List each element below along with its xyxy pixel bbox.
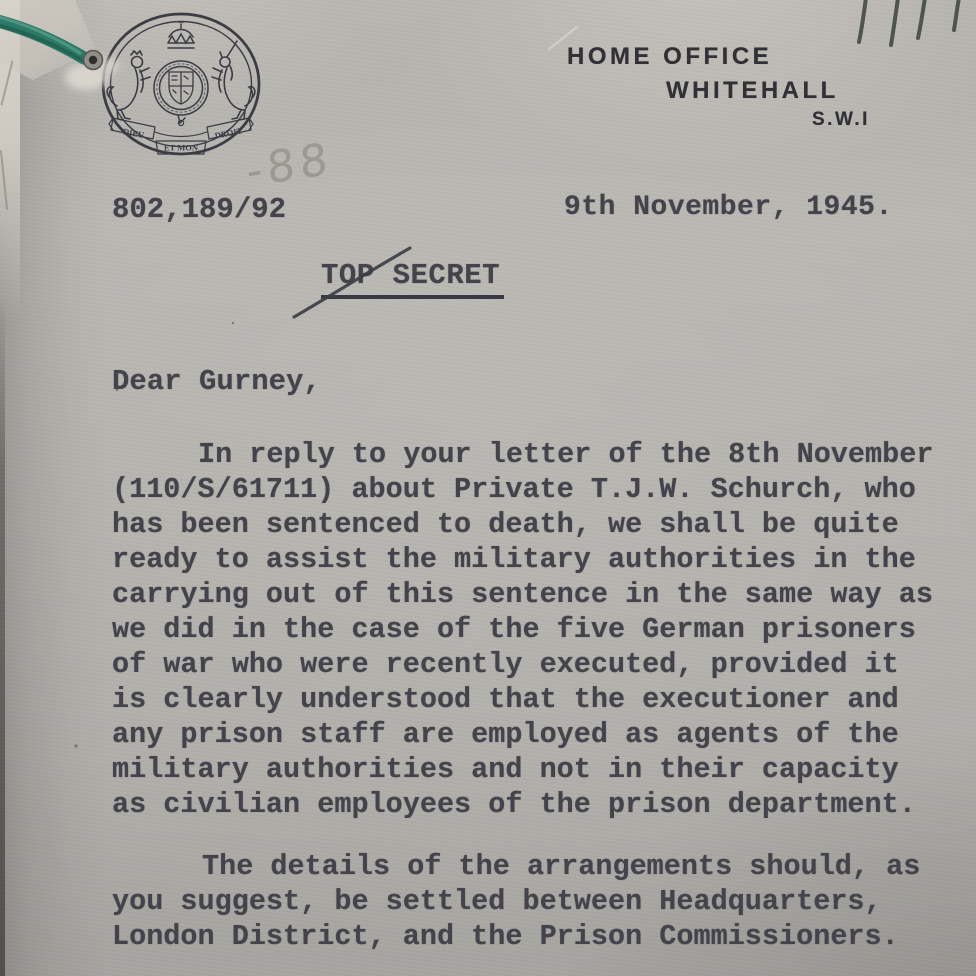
tally-marks bbox=[859, 0, 959, 45]
motto-text-right: DROIT bbox=[214, 125, 244, 140]
pencil-annotation: -88 bbox=[245, 133, 334, 198]
lion-supporter-icon bbox=[107, 51, 150, 120]
letter-date: 9th November, 1945. bbox=[564, 192, 893, 223]
royal-coat-of-arms-icon: DIEU ET MON DROIT bbox=[103, 14, 259, 154]
reference-number: 802,189/92 bbox=[112, 193, 286, 226]
salutation: Dear Gurney, bbox=[112, 365, 321, 398]
letterhead-line-1: HOME OFFICE bbox=[567, 43, 772, 71]
scanned-letter-page: HOME OFFICE WHITEHALL S.W.I 802,189/92 9… bbox=[0, 0, 976, 976]
letterhead-line-3: S.W.I bbox=[812, 109, 870, 131]
body-paragraph-1: In reply to your letter of the 8th Novem… bbox=[112, 437, 976, 822]
crown-icon bbox=[168, 22, 194, 48]
letterhead-line-2: WHITEHALL bbox=[666, 77, 839, 105]
shield-icon bbox=[169, 72, 193, 104]
motto-ribbon bbox=[109, 118, 253, 154]
page-left-edge-shadow bbox=[0, 300, 5, 976]
curled-paper-corner bbox=[0, 0, 96, 80]
torn-paper-fuzz bbox=[65, 58, 119, 90]
motto-text-left: DIEU bbox=[122, 126, 145, 140]
unicorn-supporter-icon bbox=[212, 41, 255, 120]
motto-text-center: ET MON bbox=[164, 143, 199, 153]
body-paragraph-2: The details of the arrangements should, … bbox=[112, 849, 976, 954]
classification-stamp: TOP SECRET bbox=[321, 259, 504, 299]
